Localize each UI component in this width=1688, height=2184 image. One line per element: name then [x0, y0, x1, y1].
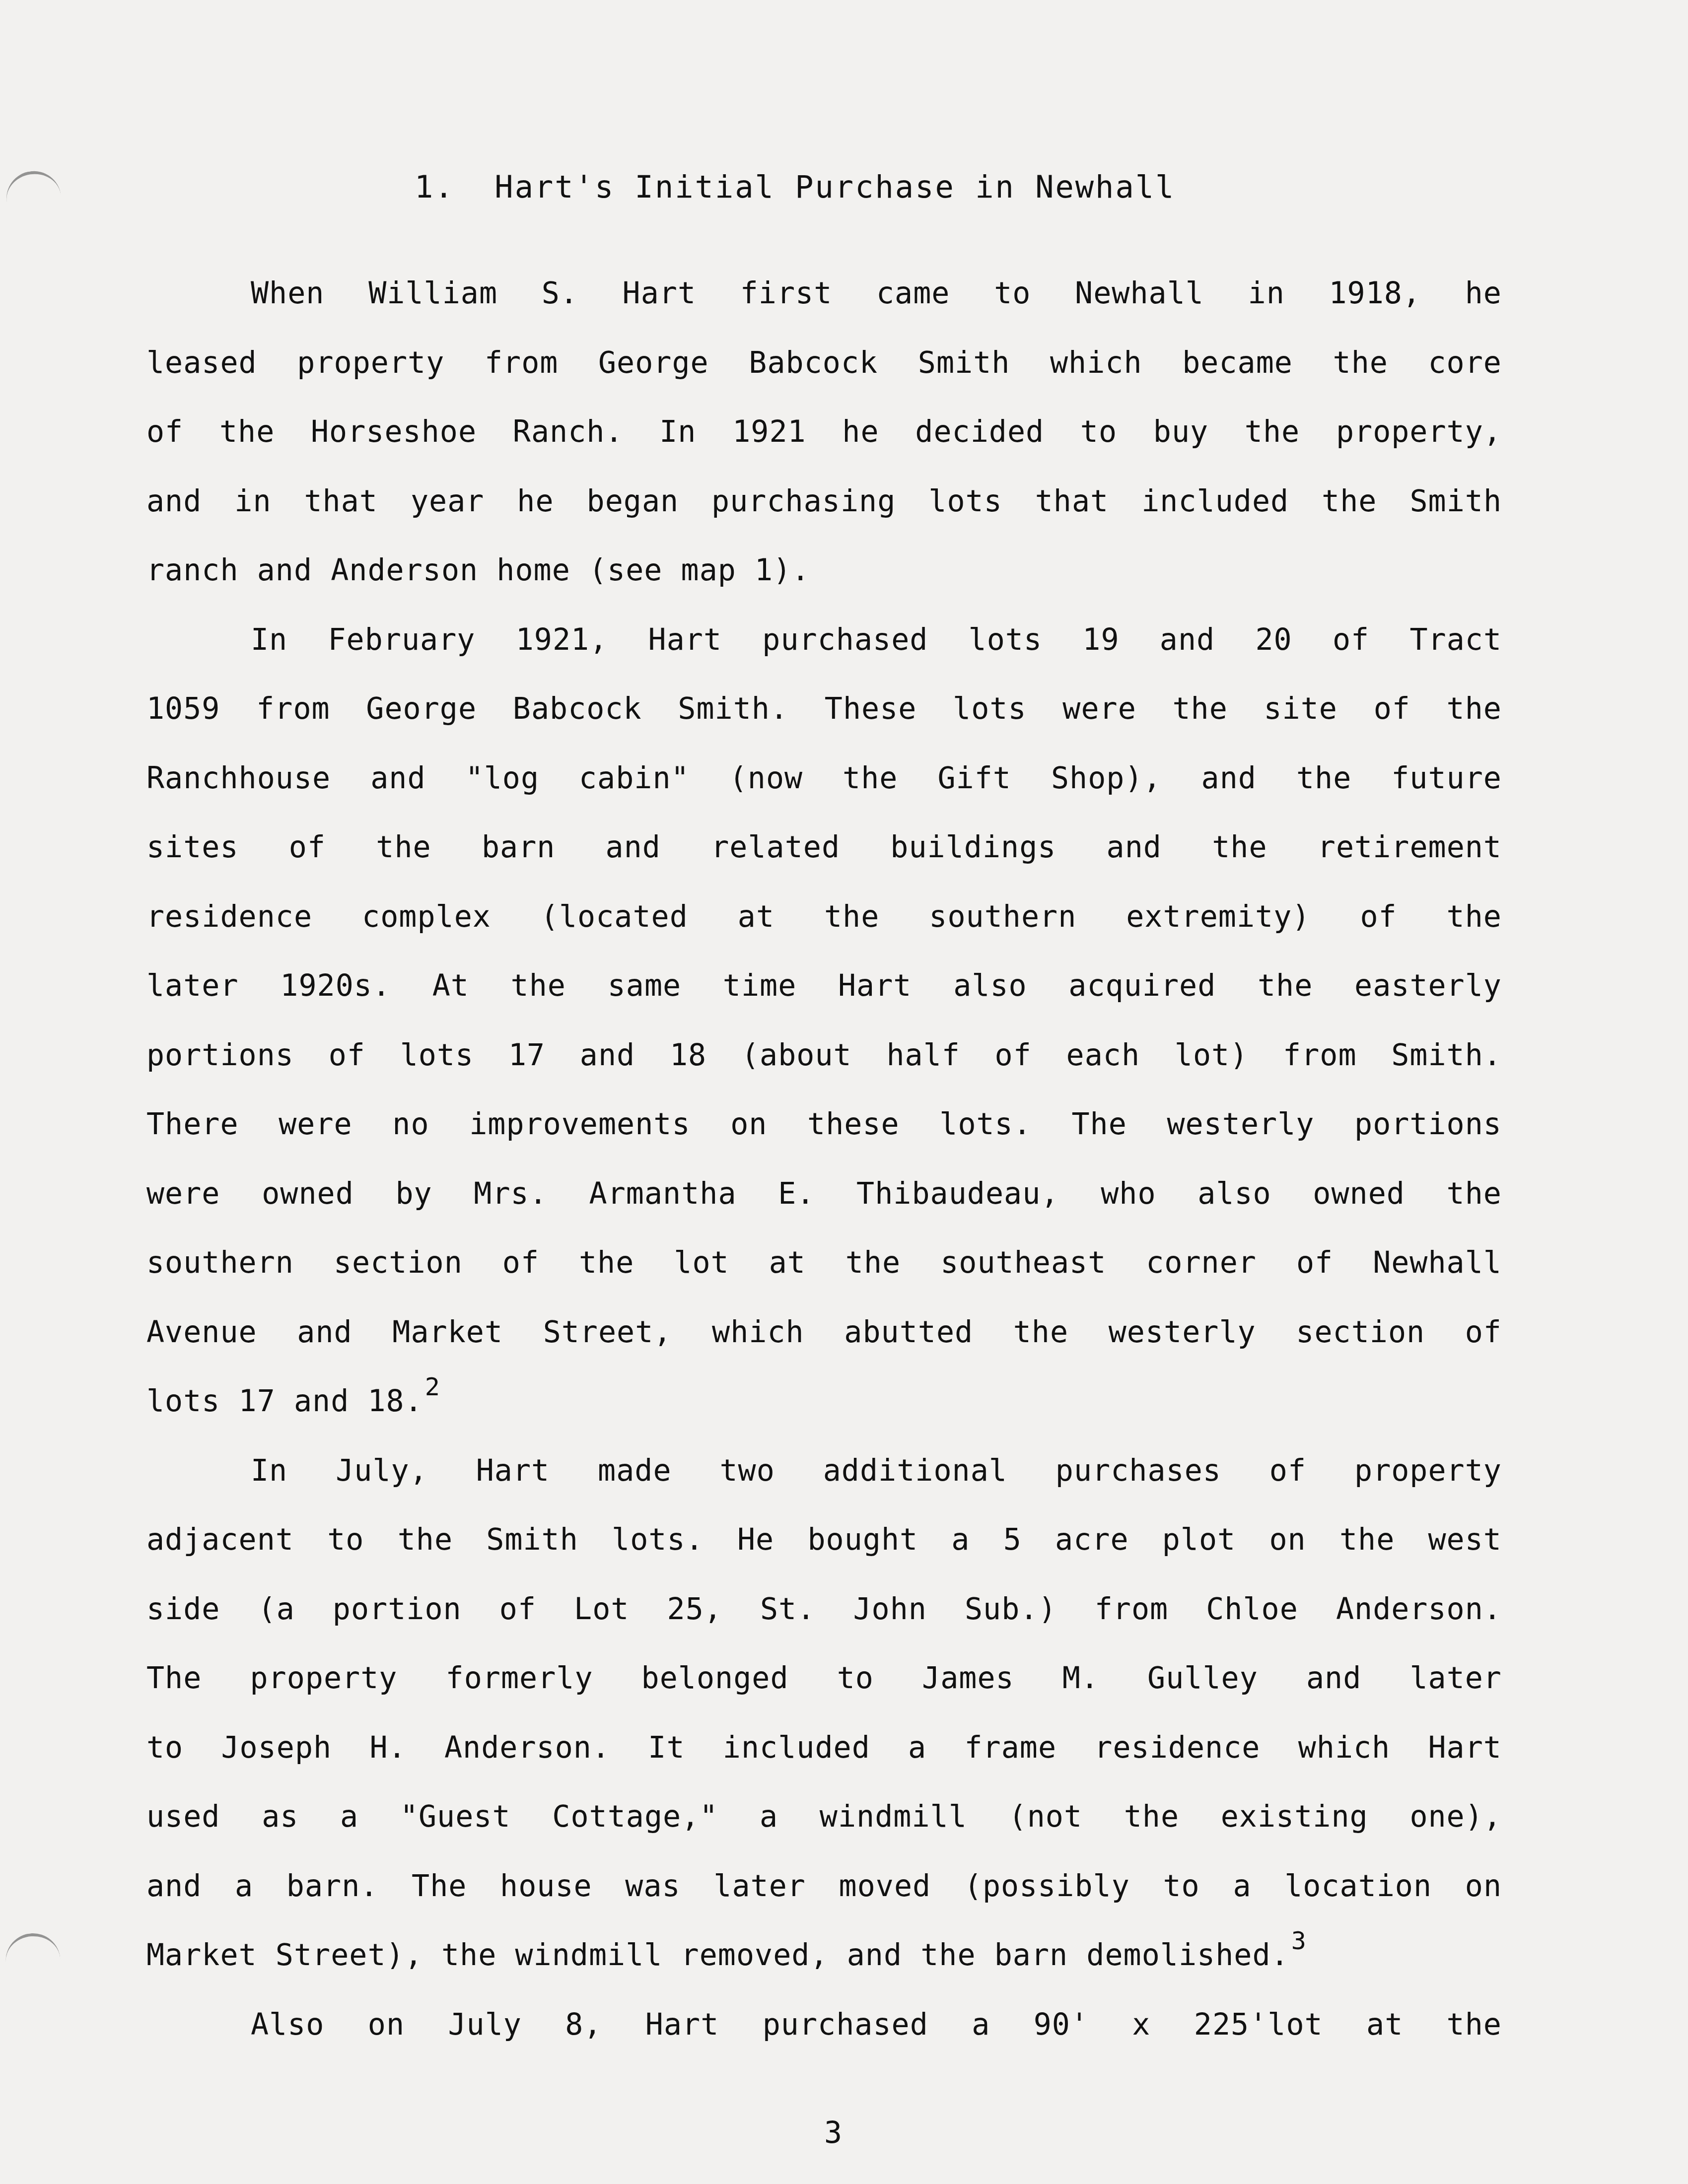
text-line-content: to Joseph H. Anderson. It included a fra… [146, 1730, 1502, 1765]
text-line: later 1920s. At the same time Hart also … [146, 968, 1502, 1004]
text-line-content: Also on July 8, Hart purchased a 90' x 2… [251, 2007, 1502, 2042]
text-line-content: leased property from George Babcock Smit… [146, 345, 1502, 380]
text-line: lots 17 and 18.2 [146, 1383, 1502, 1419]
text-line: southern section of the lot at the south… [146, 1245, 1502, 1281]
text-line: There were no improvements on these lots… [146, 1106, 1502, 1142]
text-line: In February 1921, Hart purchased lots 19… [251, 622, 1502, 658]
text-line: to Joseph H. Anderson. It included a fra… [146, 1730, 1502, 1766]
page-number: 3 [824, 2116, 842, 2150]
text-line: sites of the barn and related buildings … [146, 829, 1502, 865]
text-line-content: Market Street), the windmill removed, an… [146, 1938, 1289, 1973]
text-line-content: sites of the barn and related buildings … [146, 830, 1502, 865]
text-line: 1059 from George Babcock Smith. These lo… [146, 691, 1502, 727]
text-line: were owned by Mrs. Armantha E. Thibaudea… [146, 1176, 1502, 1212]
text-line-content: side (a portion of Lot 25, St. John Sub.… [146, 1592, 1502, 1627]
text-line: In July, Hart made two additional purcha… [251, 1453, 1502, 1489]
text-line-content: were owned by Mrs. Armantha E. Thibaudea… [146, 1176, 1502, 1211]
binder-hole-mark-top [3, 168, 62, 208]
text-line: and a barn. The house was later moved (p… [146, 1868, 1502, 1904]
text-line-content: In February 1921, Hart purchased lots 19… [251, 622, 1502, 657]
text-line-content: and in that year he began purchasing lot… [146, 484, 1502, 519]
text-line-content: used as a "Guest Cottage," a windmill (n… [146, 1799, 1502, 1834]
text-line: ranch and Anderson home (see map 1). [146, 552, 1502, 588]
text-line-content: 1059 from George Babcock Smith. These lo… [146, 691, 1502, 726]
text-line: used as a "Guest Cottage," a windmill (n… [146, 1799, 1502, 1835]
section-heading: 1. Hart's Initial Purchase in Newhall [415, 169, 1175, 205]
text-line: residence complex (located at the southe… [146, 899, 1502, 935]
text-line-content: residence complex (located at the southe… [146, 899, 1502, 934]
text-line-content: of the Horseshoe Ranch. In 1921 he decid… [146, 414, 1502, 449]
text-line: When William S. Hart first came to Newha… [251, 275, 1502, 311]
text-line: Ranchhouse and "log cabin" (now the Gift… [146, 760, 1502, 796]
text-line: adjacent to the Smith lots. He bought a … [146, 1522, 1502, 1558]
text-line: Avenue and Market Street, which abutted … [146, 1314, 1502, 1350]
text-line-content: southern section of the lot at the south… [146, 1245, 1502, 1280]
text-line-content: Avenue and Market Street, which abutted … [146, 1315, 1502, 1350]
text-line-content: later 1920s. At the same time Hart also … [146, 968, 1502, 1003]
text-line-content: There were no improvements on these lots… [146, 1107, 1502, 1142]
text-line: The property formerly belonged to James … [146, 1660, 1502, 1696]
document-page: 1. Hart's Initial Purchase in Newhall Wh… [0, 0, 1688, 2184]
text-line-content: portions of lots 17 and 18 (about half o… [146, 1038, 1502, 1073]
text-line-content: and a barn. The house was later moved (p… [146, 1869, 1502, 1904]
footnote-marker: 3 [1291, 1926, 1307, 1955]
text-line: Market Street), the windmill removed, an… [146, 1937, 1502, 1973]
footnote-marker: 2 [425, 1372, 440, 1401]
text-line-content: In July, Hart made two additional purcha… [251, 1453, 1502, 1488]
text-line-content: ranch and Anderson home (see map 1). [146, 553, 810, 588]
text-line: and in that year he began purchasing lot… [146, 483, 1502, 519]
text-line-content: adjacent to the Smith lots. He bought a … [146, 1522, 1502, 1557]
text-line: portions of lots 17 and 18 (about half o… [146, 1037, 1502, 1073]
text-line: of the Horseshoe Ranch. In 1921 he decid… [146, 414, 1502, 450]
text-line: leased property from George Babcock Smit… [146, 345, 1502, 381]
text-line-content: When William S. Hart first came to Newha… [251, 276, 1502, 311]
text-line: Also on July 8, Hart purchased a 90' x 2… [251, 2007, 1502, 2043]
binder-hole-mark-bottom [4, 1931, 61, 1968]
text-line-content: Ranchhouse and "log cabin" (now the Gift… [146, 761, 1502, 796]
text-line-content: The property formerly belonged to James … [146, 1661, 1502, 1696]
text-line-content: lots 17 and 18. [146, 1384, 423, 1419]
text-line: side (a portion of Lot 25, St. John Sub.… [146, 1591, 1502, 1627]
